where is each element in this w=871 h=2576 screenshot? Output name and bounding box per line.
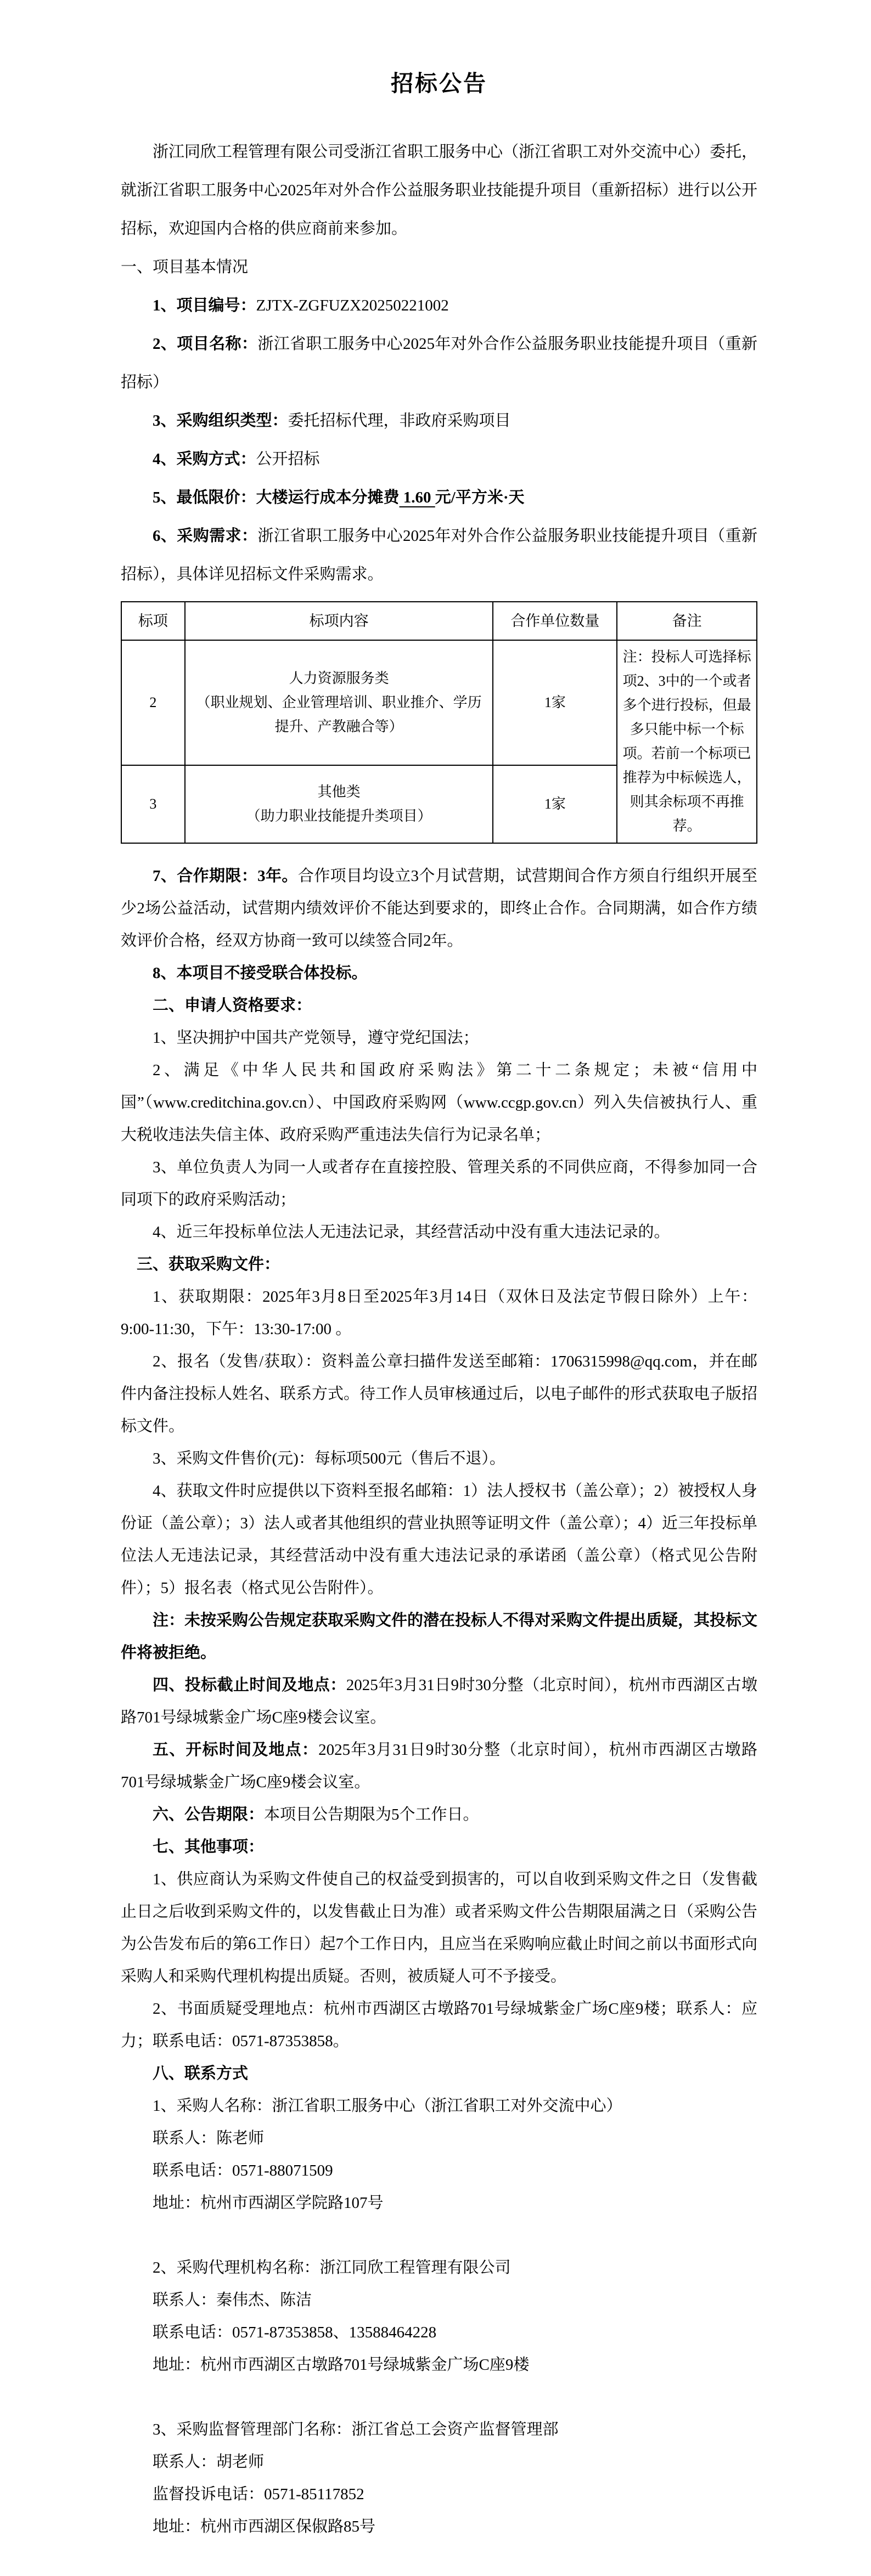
- minimum-price: 5、最低限价：大楼运行成本分摊费 1.60 元/平方米·天: [121, 478, 757, 517]
- supervision-address: 地址：杭州市西湖区保俶路85号: [121, 2511, 757, 2543]
- document-acquisition-note: 注：未按采购公告规定获取采购文件的潜在投标人不得对采购文件提出质疑，其投标文件将…: [121, 1605, 757, 1669]
- bid-deadline-label: 四、投标截止时间及地点：: [153, 1676, 346, 1694]
- agency-name: 2、采购代理机构名称：浙江同欣工程管理有限公司: [121, 2252, 757, 2284]
- supervision-phone: 监督投诉电话：0571-85117852: [121, 2478, 757, 2511]
- document-acquisition-item: 1、获取期限：2025年3月8日至2025年3月14日（双休日及法定节假日除外）…: [121, 1281, 757, 1346]
- purchaser-phone: 联系电话：0571-88071509: [121, 2155, 757, 2187]
- document-acquisition-item: 4、获取文件时应提供以下资料至报名邮箱：1）法人授权书（盖公章）；2）被授权人身…: [121, 1475, 757, 1605]
- lot-partner-count: 1家: [493, 640, 617, 765]
- qualification-item: 1、坚决拥护中国共产党领导，遵守党纪国法；: [121, 1022, 757, 1054]
- announcement-period-label: 六、公告期限：: [153, 1806, 264, 1823]
- section3-heading: 三、获取采购文件：: [121, 1249, 757, 1281]
- section7-heading: 七、其他事项：: [121, 1831, 757, 1863]
- project-name: 2、项目名称：浙江省职工服务中心2025年对外合作公益服务职业技能提升项目（重新…: [121, 325, 757, 402]
- section8-heading: 八、联系方式: [121, 2058, 757, 2090]
- procurement-demand-label: 6、采购需求：: [153, 527, 257, 545]
- other-matters-item: 1、供应商认为采购文件使自己的权益受到损害的，可以自收到采购文件之日（发售截止日…: [121, 1863, 757, 1993]
- agency-contact: 联系人：秦伟杰、陈洁: [121, 2284, 757, 2317]
- qualification-item: 2、满足《中华人民共和国政府采购法》第二十二条规定；未被“信用中国”（www.c…: [121, 1054, 757, 1151]
- minimum-price-underlined-value: 1.60: [400, 489, 435, 506]
- lot-number: 2: [121, 640, 185, 765]
- lot-content-detail: （职业规划、企业管理培训、职业推介、学历提升、产教融合等）: [190, 691, 488, 739]
- qualification-item: 3、单位负责人为同一人或者存在直接控股、管理关系的不同供应商，不得参加同一合同项…: [121, 1151, 757, 1216]
- table-row: 2 人力资源服务类 （职业规划、企业管理培训、职业推介、学历提升、产教融合等） …: [121, 640, 757, 765]
- project-name-label: 2、项目名称：: [153, 335, 257, 353]
- minimum-price-prefix: 5、最低限价：大楼运行成本分摊费: [153, 489, 400, 506]
- procurement-method: 4、采购方式：公开招标: [121, 440, 757, 478]
- announcement-period-detail: 本项目公告期限为5个工作日。: [264, 1806, 479, 1823]
- project-number-label: 1、项目编号：: [153, 297, 256, 314]
- lot-number: 3: [121, 765, 185, 843]
- table-header-row: 标项 标项内容 合作单位数量 备注: [121, 602, 757, 640]
- other-matters-item: 2、书面质疑受理地点：杭州市西湖区古墩路701号绿城紫金广场C座9楼；联系人：应…: [121, 1993, 757, 2058]
- tender-announcement-document: 招标公告 浙江同欣工程管理有限公司受浙江省职工服务中心（浙江省职工对外交流中心）…: [121, 0, 757, 2576]
- announcement-period: 六、公告期限：本项目公告期限为5个工作日。: [121, 1799, 757, 1831]
- procurement-org-type: 3、采购组织类型：委托招标代理，非政府采购项目: [121, 402, 757, 440]
- document-acquisition-item: 2、报名（发售/获取）：资料盖公章扫描件发送至邮箱：1706315998@qq.…: [121, 1346, 757, 1443]
- purchaser-contact: 联系人：陈老师: [121, 2122, 757, 2155]
- cooperation-period: 7、合作期限：3年。合作项目均设立3个月试营期，试营期间合作方须自行组织开展至少…: [121, 860, 757, 957]
- col-header-partner-count: 合作单位数量: [493, 602, 617, 640]
- agency-phone: 联系电话：0571-87353858、13588464228: [121, 2317, 757, 2349]
- project-number: 1、项目编号：ZJTX-ZGFUZX20250221002: [121, 286, 757, 325]
- procurement-demand: 6、采购需求：浙江省职工服务中心2025年对外合作公益服务职业技能提升项目（重新…: [121, 517, 757, 594]
- col-header-remarks: 备注: [617, 602, 757, 640]
- purchaser-name: 1、采购人名称：浙江省职工服务中心（浙江省职工对外交流中心）: [121, 2090, 757, 2122]
- bid-opening-label: 五、开标时间及地点：: [153, 1741, 318, 1759]
- procurement-method-label: 4、采购方式：: [153, 450, 256, 468]
- no-consortium-statement: 8、本项目不接受联合体投标。: [121, 957, 757, 990]
- lot-content-title: 人力资源服务类: [190, 666, 488, 691]
- lot-partner-count: 1家: [493, 765, 617, 843]
- supervision-dept-name: 3、采购监督管理部门名称：浙江省总工会资产监督管理部: [121, 2414, 757, 2446]
- document-acquisition-item: 3、采购文件售价(元)：每标项500元（售后不退）。: [121, 1443, 757, 1475]
- bid-lots-table: 标项 标项内容 合作单位数量 备注 2 人力资源服务类 （职业规划、企业管理培训…: [121, 601, 757, 844]
- page-title: 招标公告: [121, 70, 757, 97]
- lot-content-title: 其他类: [190, 780, 488, 804]
- cooperation-period-label: 7、合作期限：3年。: [153, 867, 298, 885]
- lot-content: 其他类 （助力职业技能提升类项目）: [185, 765, 493, 843]
- bid-opening: 五、开标时间及地点：2025年3月31日9时30分整（北京时间），杭州市西湖区古…: [121, 1734, 757, 1799]
- procurement-org-type-label: 3、采购组织类型：: [153, 412, 288, 430]
- supervision-contact: 联系人：胡老师: [121, 2446, 757, 2478]
- bid-deadline: 四、投标截止时间及地点：2025年3月31日9时30分整（北京时间），杭州市西湖…: [121, 1669, 757, 1734]
- col-header-lot: 标项: [121, 602, 185, 640]
- lots-remark-note: 注：投标人可选择标项2、3中的一个或者多个进行投标，但最多只能中标一个标项。若前…: [617, 640, 757, 843]
- section1-heading: 一、项目基本情况: [121, 248, 757, 286]
- lot-content-detail: （助力职业技能提升类项目）: [190, 804, 488, 828]
- minimum-price-suffix: 元/平方米·天: [435, 489, 525, 506]
- col-header-lot-content: 标项内容: [185, 602, 493, 640]
- project-number-value: ZJTX-ZGFUZX20250221002: [256, 297, 449, 314]
- purchaser-address: 地址：杭州市西湖区学院路107号: [121, 2187, 757, 2219]
- procurement-method-value: 公开招标: [256, 450, 320, 468]
- procurement-org-type-value: 委托招标代理，非政府采购项目: [288, 412, 511, 430]
- intro-paragraph: 浙江同欣工程管理有限公司受浙江省职工服务中心（浙江省职工对外交流中心）委托，就浙…: [121, 133, 757, 248]
- agency-address: 地址：杭州市西湖区古墩路701号绿城紫金广场C座9楼: [121, 2349, 757, 2381]
- qualification-item: 4、近三年投标单位法人无违法记录，其经营活动中没有重大违法记录的。: [121, 1216, 757, 1249]
- section2-heading: 二、申请人资格要求：: [121, 990, 757, 1022]
- lot-content: 人力资源服务类 （职业规划、企业管理培训、职业推介、学历提升、产教融合等）: [185, 640, 493, 765]
